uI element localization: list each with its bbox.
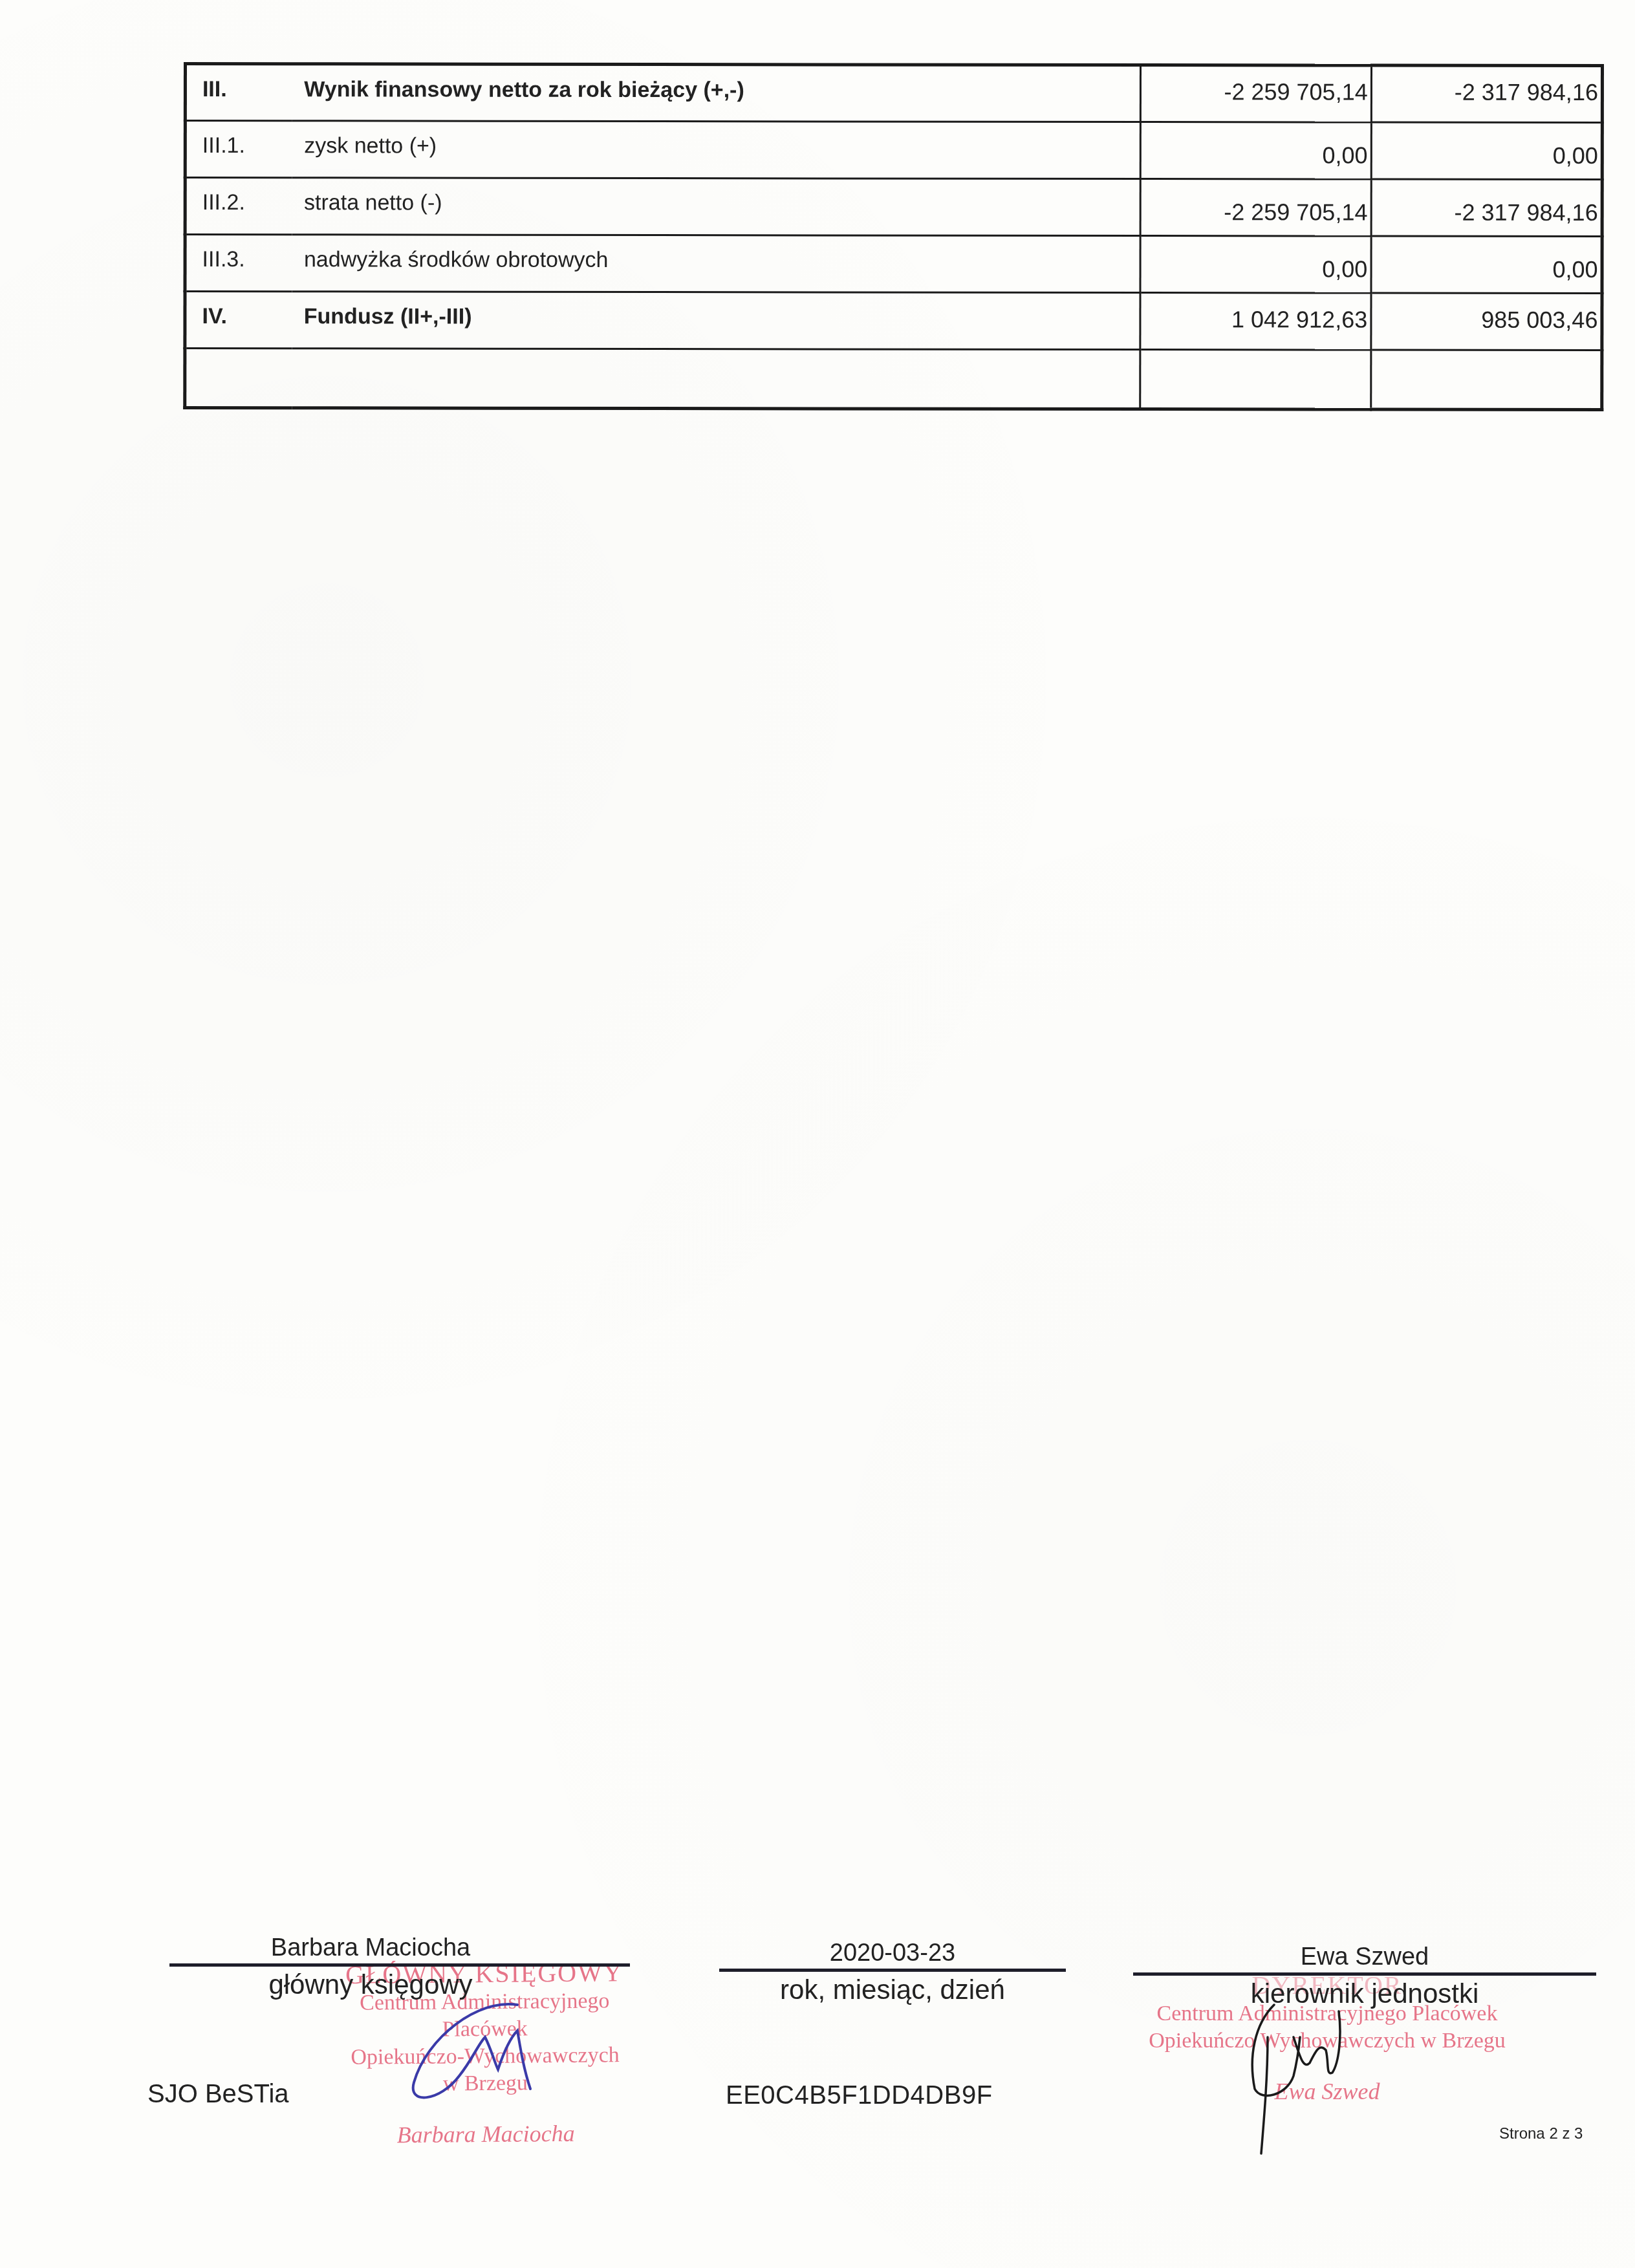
director-role: kierownik jednostki: [1133, 1978, 1596, 2009]
accountant-signature-block: Barbara Maciocha główny księgowy: [169, 1934, 630, 2000]
signature-line: [719, 1969, 1066, 1972]
document-code: EE0C4B5F1DD4DB9F: [726, 2081, 993, 2110]
row-label: Wynik finansowy netto za rok bieżący (+,…: [292, 64, 1140, 122]
accountant-role: główny księgowy: [169, 1969, 630, 2000]
row-code: III.1.: [185, 121, 292, 178]
table-row: III.2.strata netto (-)-2 259 705,14-2 31…: [185, 178, 1602, 237]
table-row: IV.Fundusz (II+,-III)1 042 912,63985 003…: [185, 292, 1602, 351]
director-handwritten-signature: [1229, 1998, 1378, 2160]
value-current-year: 0,00: [1140, 122, 1371, 179]
row-code: III.: [185, 64, 292, 121]
row-label: strata netto (-): [292, 178, 1140, 236]
row-label: nadwyżka środków obrotowych: [292, 235, 1140, 293]
accountant-handwritten-signature: [401, 1998, 569, 2108]
table-row: III.3.nadwyżka środków obrotowych0,000,0…: [185, 235, 1602, 294]
signature-line: [1133, 1972, 1596, 1976]
director-name: Ewa Szwed: [1133, 1943, 1596, 1971]
table-row: [185, 349, 1602, 410]
value-current-year: -2 259 705,14: [1140, 65, 1371, 122]
table-row: III.1.zysk netto (+)0,000,00: [185, 121, 1602, 180]
value-current-year: [1140, 350, 1370, 409]
value-previous-year: 0,00: [1371, 236, 1602, 293]
stamp-name: Barbara Maciocha: [324, 2119, 647, 2149]
row-label: [292, 349, 1140, 409]
date-caption: rok, miesiąc, dzień: [719, 1974, 1066, 2005]
signing-date: 2020-03-23: [719, 1939, 1066, 1967]
system-name: SJO BeSTia: [147, 2080, 289, 2109]
value-previous-year: 0,00: [1371, 122, 1602, 179]
value-current-year: 0,00: [1140, 236, 1371, 293]
signature-line: [169, 1963, 630, 1967]
stamp-line: Opiekuńczo Wychowawczych w Brzegu: [1133, 2027, 1521, 2055]
value-previous-year: 985 003,46: [1371, 293, 1602, 350]
row-code: III.3.: [185, 235, 292, 292]
row-code: III.2.: [185, 178, 292, 235]
value-previous-year: [1371, 350, 1602, 409]
row-code: IV.: [185, 292, 292, 349]
page-number: Strona 2 z 3: [1499, 2125, 1583, 2143]
value-previous-year: -2 317 984,16: [1371, 65, 1602, 122]
stamp-line: w Brzegu: [323, 2069, 647, 2099]
row-label: zysk netto (+): [292, 121, 1140, 179]
value-previous-year: -2 317 984,16: [1371, 179, 1602, 236]
date-block: 2020-03-23 rok, miesiąc, dzień: [719, 1939, 1066, 2005]
row-code: [185, 349, 292, 408]
director-signature-block: Ewa Szwed kierownik jednostki: [1133, 1943, 1596, 2009]
value-current-year: 1 042 912,63: [1140, 293, 1371, 350]
stamp-line: Opiekuńczo-Wychowawczych: [323, 2042, 647, 2071]
row-label: Fundusz (II+,-III): [292, 292, 1140, 350]
stamp-name: Ewa Szwed: [1133, 2078, 1521, 2105]
value-current-year: -2 259 705,14: [1140, 179, 1371, 236]
table-row: III.Wynik finansowy netto za rok bieżący…: [185, 64, 1602, 123]
financial-result-table: III.Wynik finansowy netto za rok bieżący…: [183, 62, 1604, 411]
accountant-name: Barbara Maciocha: [169, 1934, 630, 1962]
